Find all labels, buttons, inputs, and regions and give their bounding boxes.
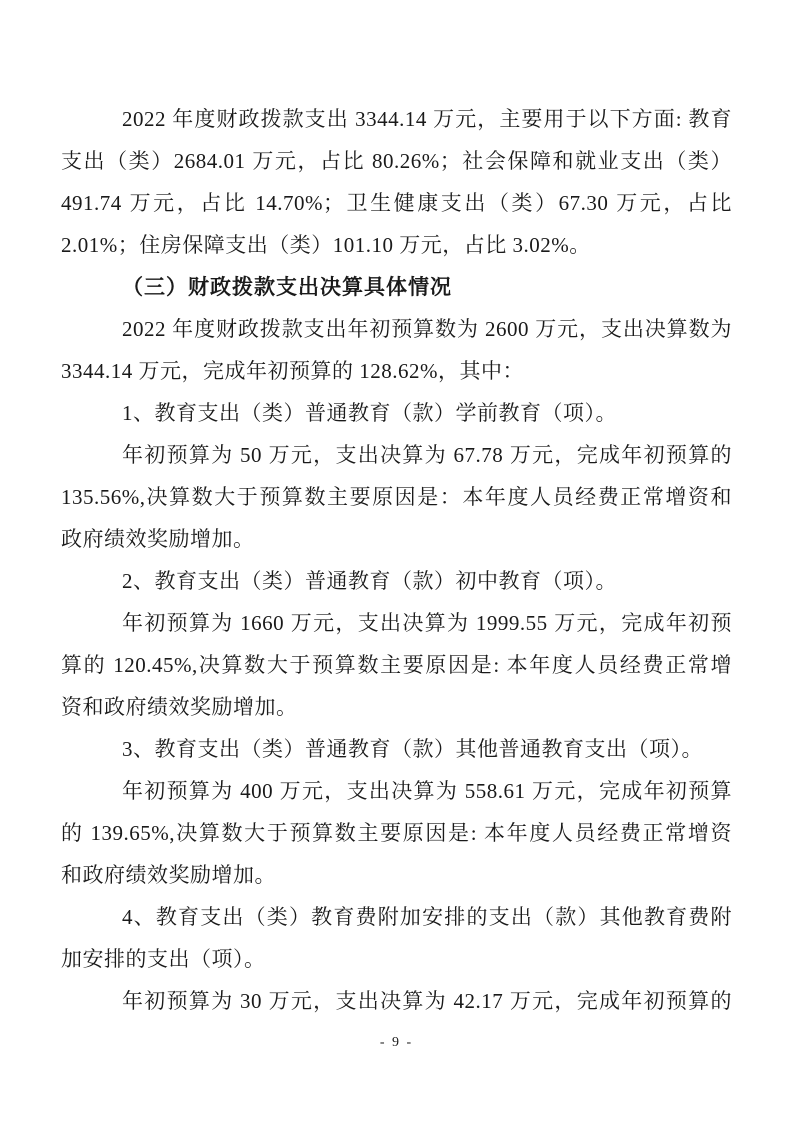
text-line: 2、教育支出（类）普通教育（款）初中教育（项）。 (61, 560, 732, 602)
document-body: 2022 年度财政拨款支出 3344.14 万元，主要用于以下方面: 教育支出（… (61, 98, 732, 1022)
text-line: 政府绩效奖励增加。 (61, 518, 732, 560)
text-line: 2022 年度财政拨款支出年初预算数为 2600 万元，支出决算数为 (61, 308, 732, 350)
text-line: 4、教育支出（类）教育费附加安排的支出（款）其他教育费附 (61, 896, 732, 938)
text-line: 年初预算为 400 万元，支出决算为 558.61 万元，完成年初预算 (61, 770, 732, 812)
text-line: 2.01%；住房保障支出（类）101.10 万元，占比 3.02%。 (61, 224, 732, 266)
section-heading: （三）财政拨款支出决算具体情况 (61, 266, 732, 308)
text-line: 加安排的支出（项）。 (61, 938, 732, 980)
text-line: 491.74 万元，占比 14.70%；卫生健康支出（类）67.30 万元，占比 (61, 182, 732, 224)
text-line: 支出（类）2684.01 万元，占比 80.26%；社会保障和就业支出（类） (61, 140, 732, 182)
document-page: 2022 年度财政拨款支出 3344.14 万元，主要用于以下方面: 教育支出（… (0, 0, 793, 1122)
text-line: 算的 120.45%,决算数大于预算数主要原因是: 本年度人员经费正常增 (61, 644, 732, 686)
text-line: 1、教育支出（类）普通教育（款）学前教育（项）。 (61, 392, 732, 434)
text-line: 和政府绩效奖励增加。 (61, 854, 732, 896)
text-line: 的 139.65%,决算数大于预算数主要原因是: 本年度人员经费正常增资 (61, 812, 732, 854)
text-line: 3、教育支出（类）普通教育（款）其他普通教育支出（项）。 (61, 728, 732, 770)
text-line: 年初预算为 1660 万元，支出决算为 1999.55 万元，完成年初预 (61, 602, 732, 644)
text-line: 135.56%,决算数大于预算数主要原因是：本年度人员经费正常增资和 (61, 476, 732, 518)
text-line: 资和政府绩效奖励增加。 (61, 686, 732, 728)
text-line: 年初预算为 50 万元，支出决算为 67.78 万元，完成年初预算的 (61, 434, 732, 476)
text-line: 3344.14 万元，完成年初预算的 128.62%，其中： (61, 350, 732, 392)
text-line: 2022 年度财政拨款支出 3344.14 万元，主要用于以下方面: 教育 (61, 98, 732, 140)
text-line: 年初预算为 30 万元，支出决算为 42.17 万元，完成年初预算的 (61, 980, 732, 1022)
page-number: - 9 - (0, 1035, 793, 1051)
